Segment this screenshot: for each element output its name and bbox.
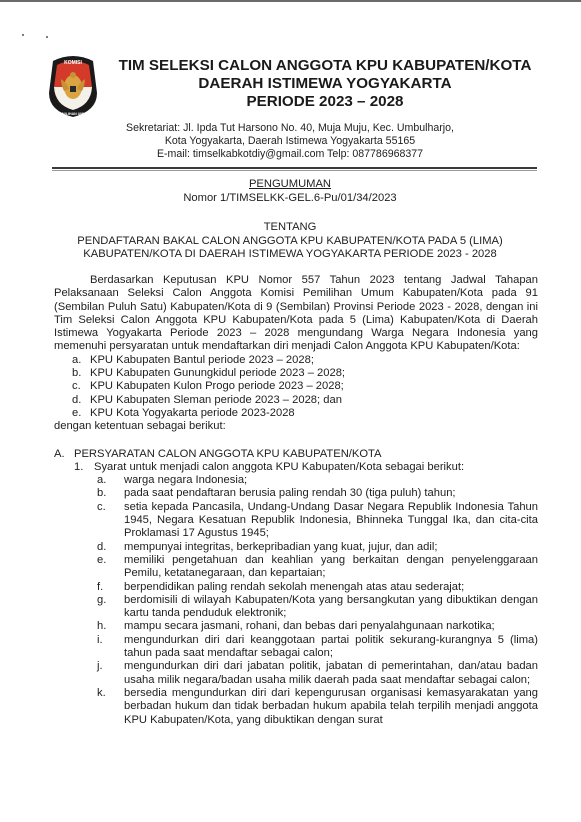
region-list: a.KPU Kabupaten Bantul periode 2023 – 20…: [54, 354, 538, 420]
region-item: b.KPU Kabupaten Gunungkidul periode 2023…: [54, 367, 538, 380]
section-a-title: PERSYARATAN CALON ANGGOTA KPU KABUPATEN/…: [74, 448, 382, 460]
page-top-edge: [0, 0, 581, 2]
requirement-item: f.berpendidikan paling rendah sekolah me…: [54, 581, 538, 594]
svg-text:PEMILIHAN UMUM: PEMILIHAN UMUM: [57, 112, 89, 116]
requirement-item: k.bersedia mengundurkan diri dari kepeng…: [54, 687, 538, 727]
requirement-item: i.mengundurkan diri dari keanggotaan par…: [54, 634, 538, 661]
announcement-heading: PENGUMUMAN: [40, 177, 540, 191]
requirement-item: e.memiliki pengetahuan dan keahlian yang…: [54, 554, 538, 581]
requirement-item: d.mempunyai integritas, berkepribadian y…: [54, 541, 538, 554]
about-label: TENTANG: [40, 221, 540, 235]
announcement-heading-block: PENGUMUMAN Nomor 1/TIMSELKK-GEL.6-Pu/01/…: [40, 177, 540, 205]
requirement-item: h.mampu secara jasmani, rohani, dan beba…: [54, 620, 538, 633]
section-a-heading: A. PERSYARATAN CALON ANGGOTA KPU KABUPAT…: [54, 448, 538, 461]
subject-line: PENDAFTARAN BAKAL CALON ANGGOTA KPU KABU…: [40, 235, 540, 249]
region-item: e.KPU Kota Yogyakarta periode 2023-2028: [54, 407, 538, 420]
requirement-item: b.pada saat pendaftaran berusia paling r…: [54, 487, 538, 500]
letterhead-title: TIM SELEKSI CALON ANGGOTA KPU KABUPATEN/…: [110, 57, 540, 111]
scan-speck: [46, 36, 48, 38]
requirement-intro: 1. Syarat untuk menjadi calon anggota KP…: [54, 461, 538, 474]
announcement-subject-block: TENTANG PENDAFTARAN BAKAL CALON ANGGOTA …: [40, 221, 540, 262]
contact-line: E-mail: timselkabkotdiy@gmail.com Telp: …: [40, 148, 540, 161]
intro-paragraph: Berdasarkan Keputusan KPU Nomor 557 Tahu…: [54, 274, 538, 354]
scan-speck: [22, 34, 24, 36]
letterhead-address: Sekretariat: Jl. Ipda Tut Harsono No. 40…: [40, 122, 540, 162]
requirement-item: c.setia kepada Pancasila, Undang-Undang …: [54, 501, 538, 541]
kpu-logo-icon: KOMISI PEMILIHAN UMUM: [47, 53, 99, 119]
region-item: c.KPU Kabupaten Kulon Progo periode 2023…: [54, 380, 538, 393]
requirement-item: g.berdomisili di wilayah Kabupaten/Kota …: [54, 594, 538, 621]
letterhead-title-line: PERIODE 2023 – 2028: [110, 93, 540, 111]
document-body: Berdasarkan Keputusan KPU Nomor 557 Tahu…: [54, 274, 538, 727]
requirement-item: j.mengundurkan diri dari jabatan politik…: [54, 660, 538, 687]
requirements-list: a.warga negara Indonesia; b.pada saat pe…: [54, 474, 538, 727]
closing-line: dengan ketentuan sebagai berikut:: [54, 420, 538, 433]
announcement-number: Nomor 1/TIMSELKK-GEL.6-Pu/01/34/2023: [40, 191, 540, 205]
svg-text:KOMISI: KOMISI: [64, 60, 82, 66]
address-line: Sekretariat: Jl. Ipda Tut Harsono No. 40…: [40, 122, 540, 135]
letterhead-divider: [52, 167, 537, 169]
region-item: d.KPU Kabupaten Sleman periode 2023 – 20…: [54, 394, 538, 407]
requirement-item: a.warga negara Indonesia;: [54, 474, 538, 487]
letterhead-divider-thin: [52, 170, 537, 171]
address-line: Kota Yogyakarta, Daerah Istimewa Yogyaka…: [40, 135, 540, 148]
letterhead-title-line: DAERAH ISTIMEWA YOGYAKARTA: [110, 75, 540, 93]
subject-line: KABUPATEN/KOTA DI DAERAH ISTIMEWA YOGYAK…: [40, 248, 540, 262]
region-item: a.KPU Kabupaten Bantul periode 2023 – 20…: [54, 354, 538, 367]
letterhead-title-line: TIM SELEKSI CALON ANGGOTA KPU KABUPATEN/…: [110, 57, 540, 75]
